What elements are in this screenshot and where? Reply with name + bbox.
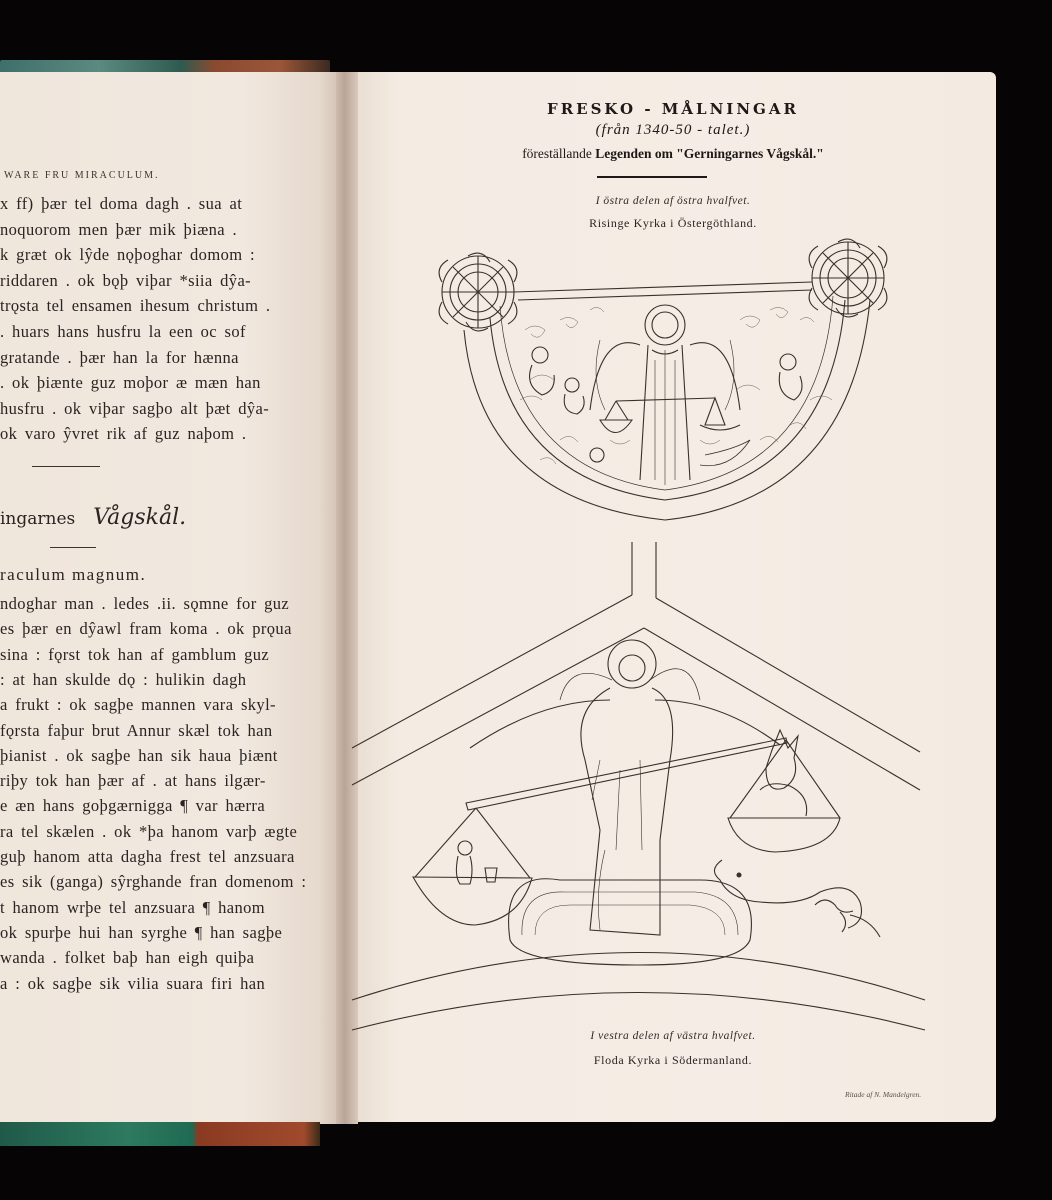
artist-signature: Ritade af N. Mandelgren. (845, 1090, 921, 1099)
plate2-caption-place: Floda Kyrka i Södermanland. (350, 1053, 996, 1068)
fresco-illustrations (0, 0, 1052, 1200)
fresco-angel-weighing-souls-vault-icon (352, 542, 925, 1030)
plate2-caption-italic: I vestra delen af västra hvalfvet. (350, 1030, 996, 1042)
fresco-angel-with-scales-semicircle-icon (439, 239, 887, 520)
